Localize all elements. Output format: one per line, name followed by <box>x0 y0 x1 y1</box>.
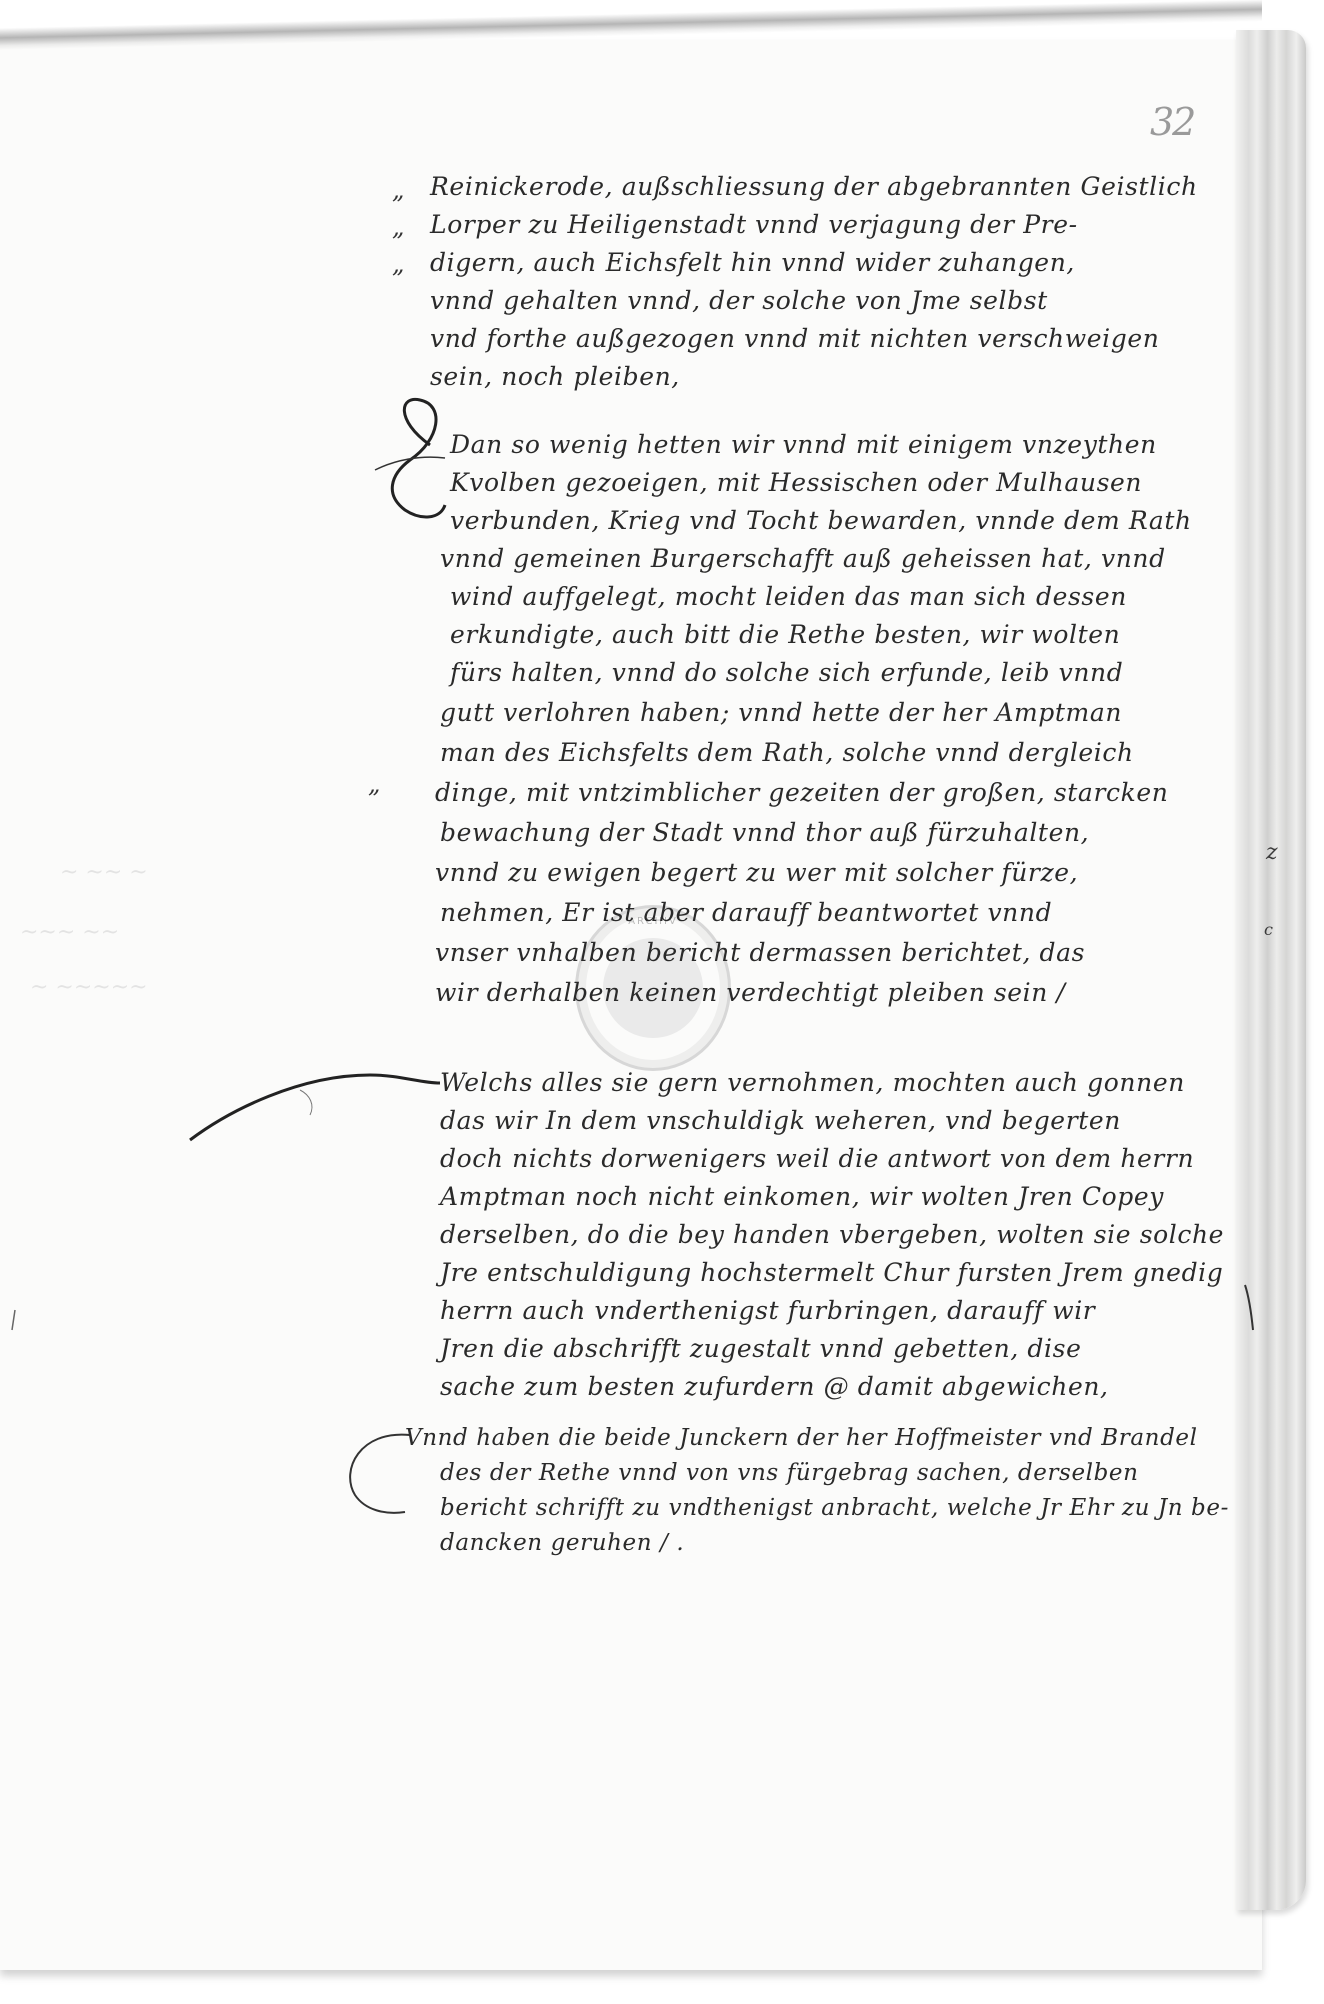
text-line: wir derhalben keinen verdechtigt pleiben… <box>435 978 1066 1007</box>
text-line: vnser vnhalben bericht dermassen bericht… <box>435 938 1085 967</box>
text-line: sache zum besten zufurdern @ damit abgew… <box>440 1372 1109 1401</box>
ditto-mark: „ <box>392 176 404 204</box>
text-line: Kvolben gezoeigen, mit Hessischen oder M… <box>450 468 1142 497</box>
text-line: wind auffgelegt, mocht leiden das man si… <box>450 582 1127 611</box>
text-line: Vnnd haben die beide Junckern der her Ho… <box>405 1425 1198 1451</box>
text-line: vnnd zu ewigen begert zu wer mit solcher… <box>435 858 1078 887</box>
text-line: digern, auch Eichsfelt hin vnnd wider zu… <box>430 248 1075 277</box>
text-line: bericht schrifft zu vndthenigst anbracht… <box>440 1495 1229 1521</box>
text-line: doch nichts dorwenigers weil die antwort… <box>440 1144 1194 1173</box>
text-line: Amptman noch nicht einkomen, wir wolten … <box>440 1182 1164 1211</box>
text-line: vnd forthe außgezogen vnnd mit nichten v… <box>430 324 1159 353</box>
text-line: Jre entschuldigung hochstermelt Chur fur… <box>440 1258 1223 1287</box>
text-line: Lorper zu Heiligenstadt vnnd verjagung d… <box>430 210 1078 239</box>
text-line: dancken geruhen / . <box>440 1530 684 1556</box>
text-line: nehmen, Er ist aber darauff beantwortet … <box>440 898 1052 927</box>
text-line: bewachung der Stadt vnnd thor auß fürzuh… <box>440 818 1089 847</box>
text-line: des der Rethe vnnd von vns fürgebrag sac… <box>440 1460 1139 1486</box>
text-line: Dan so wenig hetten wir vnnd mit einigem… <box>450 430 1157 459</box>
ditto-mark: „ <box>368 770 380 798</box>
text-line: vnnd gehalten vnnd, der solche von Jme s… <box>430 286 1048 315</box>
text-line: vnnd gemeinen Burgerschafft auß geheisse… <box>440 544 1166 573</box>
text-line: dinge, mit vntzimblicher gezeiten der gr… <box>435 778 1168 807</box>
text-line: Jren die abschrifft zugestalt vnnd gebet… <box>440 1334 1081 1363</box>
text-line: gutt verlohren haben; vnnd hette der her… <box>440 698 1122 727</box>
text-line: Welchs alles sie gern vernohmen, mochten… <box>440 1068 1185 1097</box>
text-line: derselben, do die bey handen vbergeben, … <box>440 1220 1224 1249</box>
text-line: verbunden, Krieg vnd Tocht bewarden, vnn… <box>450 506 1192 535</box>
text-line: das wir In dem vnschuldigk weheren, vnd … <box>440 1106 1121 1135</box>
ditto-mark: „ <box>392 250 404 278</box>
ditto-mark: „ <box>392 213 404 241</box>
text-line: fürs halten, vnnd do solche sich erfunde… <box>450 658 1123 687</box>
text-line: sein, noch pleiben, <box>430 362 680 391</box>
text-line: herrn auch vnderthenigst furbringen, dar… <box>440 1296 1095 1325</box>
text-line: man des Eichsfelts dem Rath, solche vnnd… <box>440 738 1134 767</box>
text-line: erkundigte, auch bitt die Rethe besten, … <box>450 620 1120 649</box>
text-line: Reinickerode, außschliessung der abgebra… <box>430 172 1198 201</box>
